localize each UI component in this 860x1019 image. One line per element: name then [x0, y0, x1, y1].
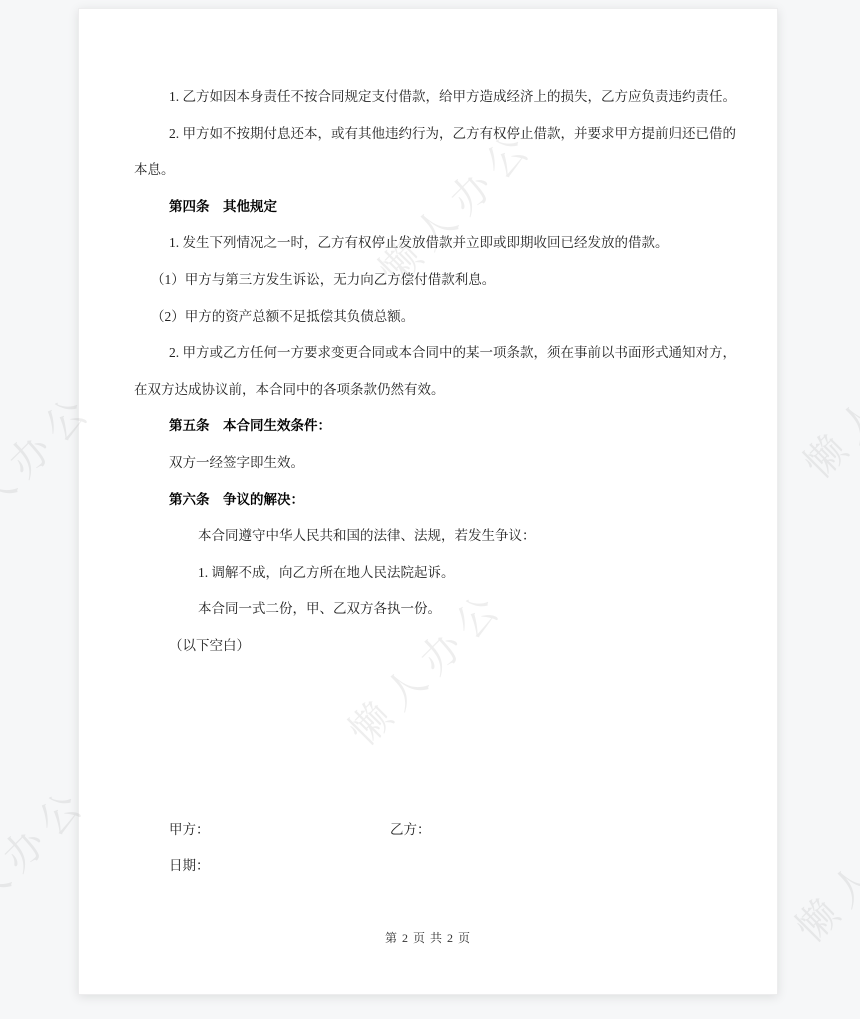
party-b-label: 乙方： [390, 822, 431, 837]
clause-line: 1. 发生下列情况之一时，乙方有权停止发放借款并立即或即期收回已经发放的借款。 [134, 225, 722, 262]
signature-row: 甲方：乙方： [134, 812, 722, 849]
document-content: 1. 乙方如因本身责任不按合同规定支付借款，给甲方造成经济上的损失，乙方应负责违… [134, 79, 722, 885]
clause-heading-article-4: 第四条 其他规定 [134, 189, 722, 226]
date-label: 日期： [134, 848, 722, 885]
party-a-label: 甲方： [169, 812, 390, 849]
clause-line: 本息。 [134, 152, 722, 189]
watermark-text: 懒人办公 [789, 307, 860, 489]
clause-line: 双方一经签字即生效。 [134, 445, 722, 482]
clause-heading-article-5: 第五条 本合同生效条件： [134, 408, 722, 445]
clause-heading-article-6: 第六条 争议的解决： [134, 482, 722, 519]
blank-below-note: （以下空白） [134, 628, 722, 665]
document-page: 1. 乙方如因本身责任不按合同规定支付借款，给甲方造成经济上的损失，乙方应负责违… [78, 8, 778, 995]
page-number: 第 2 页 共 2 页 [79, 929, 777, 946]
clause-subitem: （2）甲方的资产总额不足抵偿其负债总额。 [134, 299, 722, 336]
clause-subitem: （1）甲方与第三方发生诉讼，无力向乙方偿付借款利息。 [134, 262, 722, 299]
clause-line: 2. 甲方如不按期付息还本，或有其他违约行为，乙方有权停止借款，并要求甲方提前归… [134, 116, 722, 153]
watermark-text: 懒人办公 [781, 771, 860, 953]
clause-line: 2. 甲方或乙方任何一方要求变更合同或本合同中的某一项条款，须在事前以书面形式通… [134, 335, 722, 372]
clause-line: 本合同一式二份，甲、乙双方各执一份。 [134, 591, 722, 628]
clause-line: 1. 乙方如因本身责任不按合同规定支付借款，给甲方造成经济上的损失，乙方应负责违… [134, 79, 722, 116]
screenshot-canvas: 1. 乙方如因本身责任不按合同规定支付借款，给甲方造成经济上的损失，乙方应负责违… [0, 0, 860, 1019]
clause-line: 在双方达成协议前，本合同中的各项条款仍然有效。 [134, 372, 722, 409]
clause-line: 1. 调解不成，向乙方所在地人民法院起诉。 [134, 555, 722, 592]
clause-line: 本合同遵守中华人民共和国的法律、法规，若发生争议： [134, 518, 722, 555]
